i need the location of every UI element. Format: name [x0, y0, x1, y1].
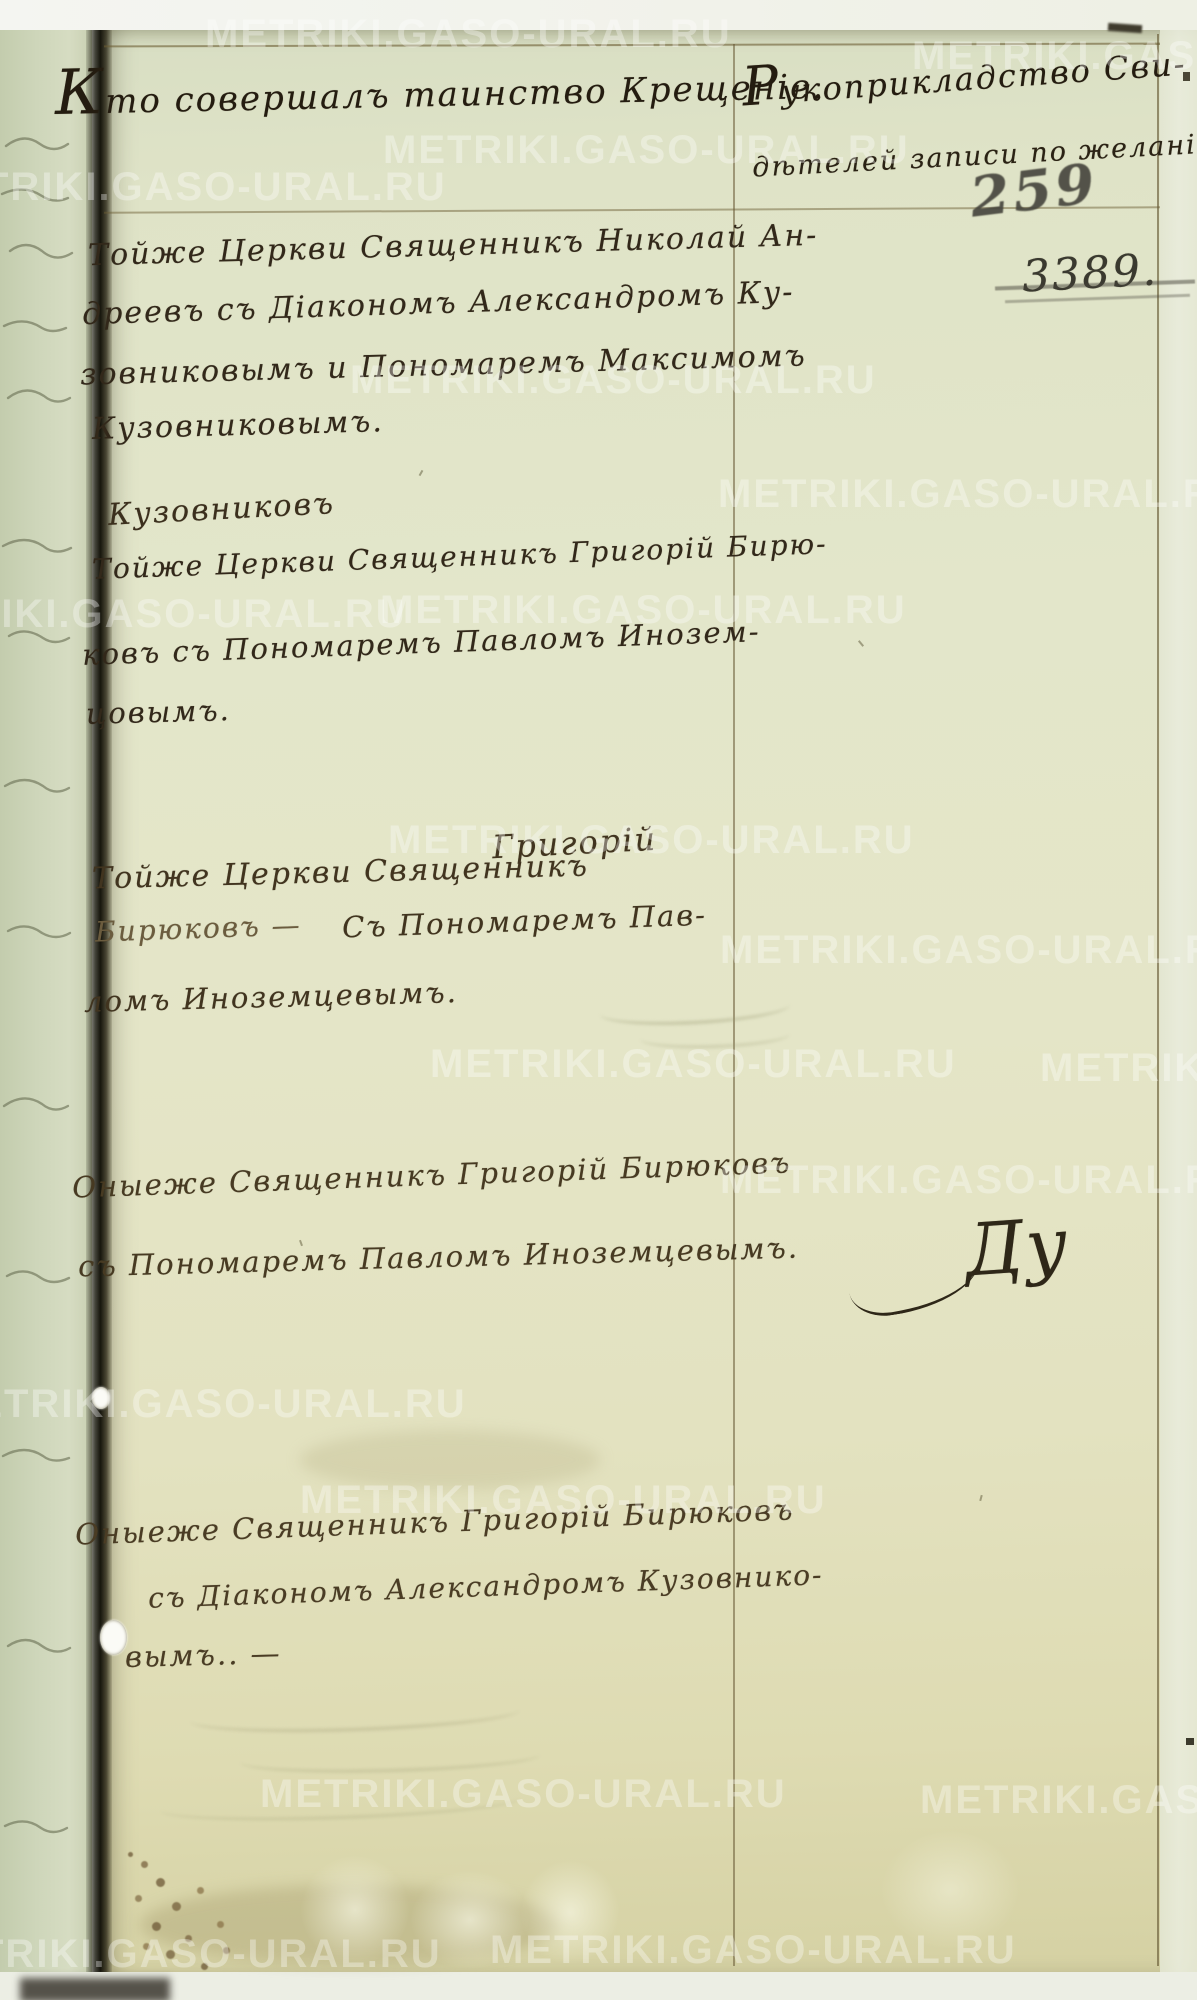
- watermark-text: METRIKI.GASO-URAL.RU: [0, 1932, 442, 1977]
- watermark-text: METRIKI.GASO-URAL.RU: [0, 165, 447, 210]
- watermark-text: METRIKI.GASO-URAL.RU: [260, 1772, 787, 1817]
- watermark-text: METRIKI.GASO-URAL.RU: [1040, 1046, 1197, 1091]
- watermark-text: METRIKI.GASO-URAL.RU: [205, 12, 732, 57]
- bottom-corner-smudge: [20, 1978, 170, 2000]
- right-border-rule: [1157, 34, 1159, 1966]
- watermark-text: METRIKI.GASO-URAL.RU: [430, 1042, 957, 1087]
- scanned-parish-register-page: { "watermark": { "text": "METRIKI.GASO-U…: [0, 0, 1197, 2000]
- entry2-line3: цовымъ.: [86, 693, 232, 731]
- watermark-text: METRIKI.GASO-URAL.RU: [720, 928, 1197, 973]
- mildew-spots: [128, 1852, 133, 1857]
- witness-flourish-mark: Ду: [962, 1201, 1072, 1292]
- previous-page-ghost-writing: [0, 26, 95, 1974]
- crossed-out-number: 3389.: [1021, 244, 1159, 302]
- torn-right-edge: [1160, 30, 1197, 1972]
- watermark-text: METRIKI.GASO-URAL.RU: [720, 1158, 1197, 1203]
- watermark-text: METRIKI.GASO-URAL.RU: [0, 592, 407, 637]
- watermark-text: METRIKI.GASO-URAL.RU: [920, 1778, 1197, 1823]
- watermark-text: METRIKI.GASO-URAL.RU: [0, 1382, 467, 1427]
- punch-hole: [100, 1620, 127, 1655]
- paper-speck: [1186, 1738, 1194, 1745]
- watermark-text: METRIKI.GASO-URAL.RU: [388, 818, 915, 863]
- watermark-text: METRIKI.GASO-URAL.RU: [350, 358, 877, 403]
- watermark-text: METRIKI.GASO-URAL.RU: [912, 34, 1197, 79]
- watermark-text: METRIKI.GASO-URAL.RU: [383, 128, 910, 173]
- entry5-line3: вымъ.. —: [125, 1636, 282, 1674]
- watermark-text: METRIKI.GASO-URAL.RU: [300, 1478, 827, 1523]
- watermark-text: METRIKI.GASO-URAL.RU: [380, 588, 907, 633]
- watermark-text: METRIKI.GASO-URAL.RU: [490, 1928, 1017, 1973]
- watermark-text: METRIKI.GASO-URAL.RU: [718, 472, 1197, 517]
